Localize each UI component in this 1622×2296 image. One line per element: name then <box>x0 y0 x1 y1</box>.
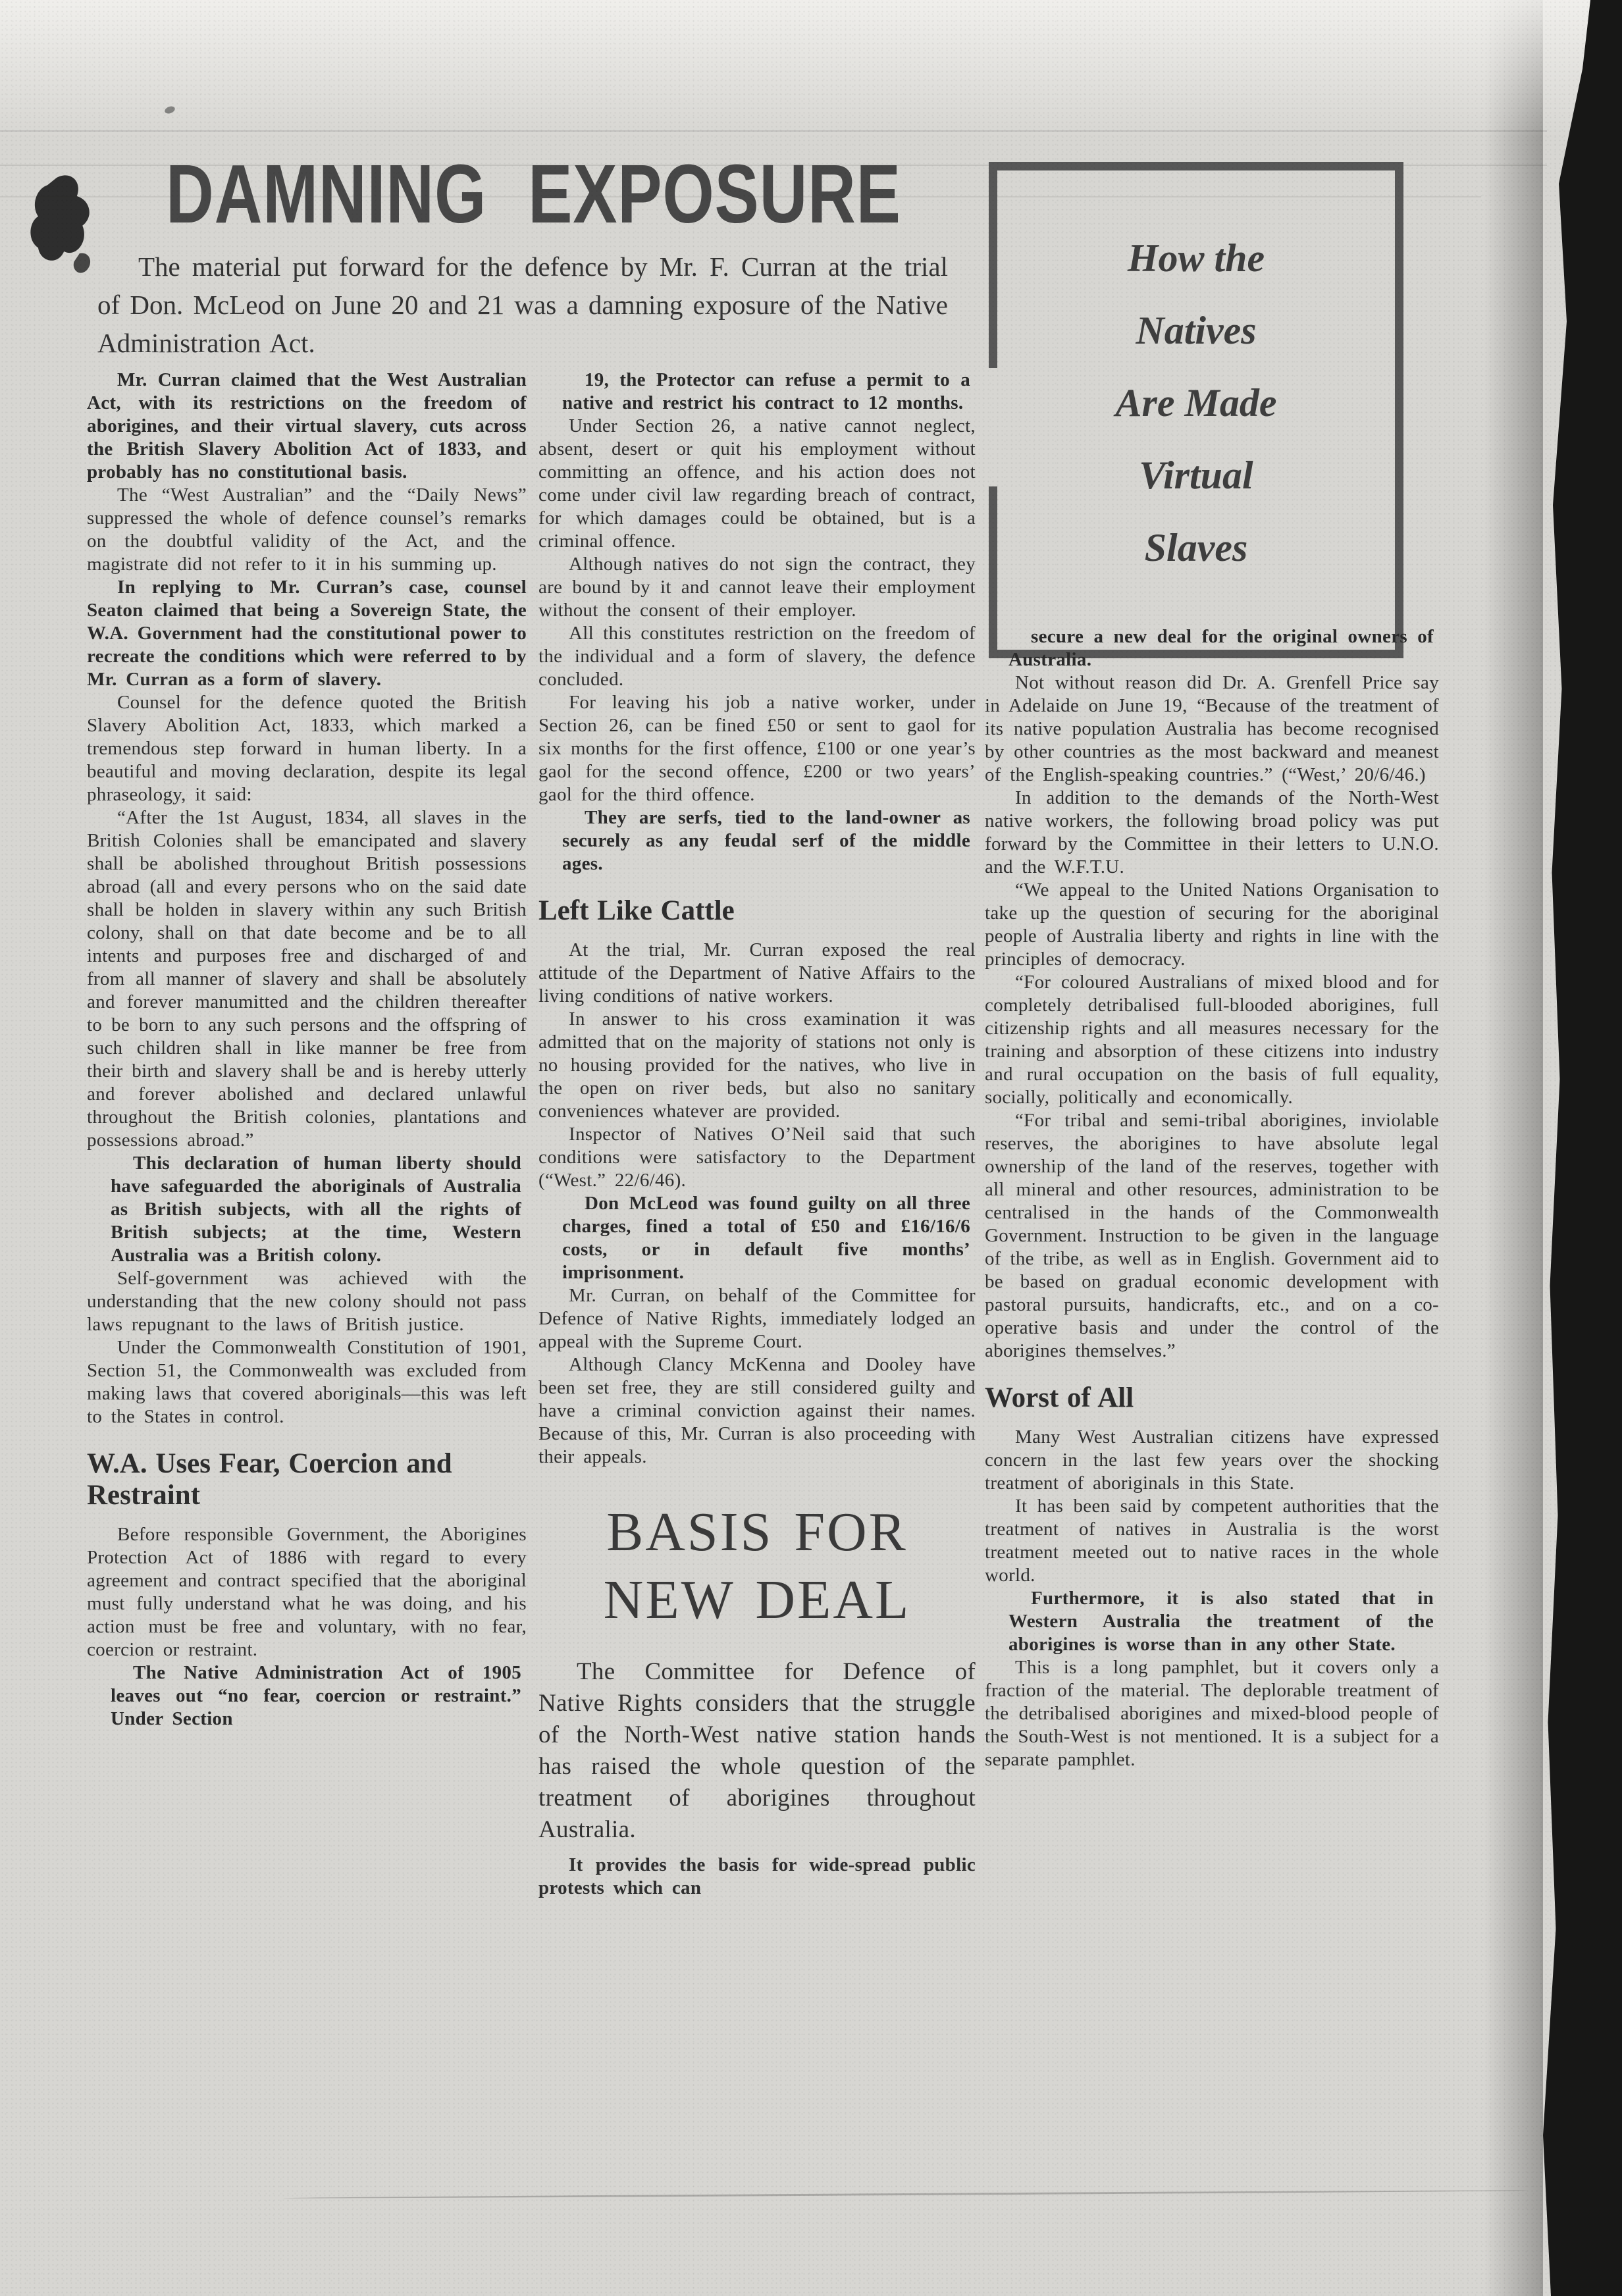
paper-edge-shadow <box>1484 0 1543 2296</box>
paragraph: It has been said by competent authoritie… <box>985 1495 1439 1587</box>
paragraph: In replying to Mr. Curran’s case, counse… <box>87 576 527 691</box>
paragraph: At the trial, Mr. Curran exposed the rea… <box>538 939 976 1008</box>
ink-blot <box>29 169 121 279</box>
paragraph: Inspector of Natives O’Neil said that su… <box>538 1123 976 1192</box>
column-2: 19, the Protector can refuse a permit to… <box>538 369 976 1900</box>
callout-line: Virtual <box>997 439 1395 511</box>
ink-fleck <box>164 105 176 115</box>
column-3: secure a new deal for the original owner… <box>985 625 1439 1771</box>
paragraph: This declaration of human liberty should… <box>111 1152 521 1267</box>
paragraph: Don McLeod was found guilty on all three… <box>562 1192 970 1284</box>
paragraph: It provides the basis for wide-spread pu… <box>538 1854 976 1900</box>
paragraph: secure a new deal for the original owner… <box>1008 625 1434 671</box>
paragraph: “After the 1st August, 1834, all slaves … <box>87 806 527 1152</box>
paragraph: Furthermore, it is also stated that in W… <box>1008 1587 1434 1656</box>
paragraph: “For coloured Australians of mixed blood… <box>985 971 1439 1109</box>
paragraph: The Committee for Defence of Native Righ… <box>538 1656 976 1846</box>
section-heading-basis-for-new-deal: BASIS FOR NEW DEAL <box>538 1499 976 1634</box>
page-title: DAMNING EXPOSURE <box>166 146 901 242</box>
section-heading-left-like-cattle: Left Like Cattle <box>538 895 976 927</box>
scan-crease-line <box>283 2189 1527 2199</box>
broken-border-gap <box>989 368 997 486</box>
paragraph: This is a long pamphlet, but it covers o… <box>985 1656 1439 1771</box>
column-1: Mr. Curran claimed that the West Austral… <box>87 369 527 1731</box>
paragraph: Mr. Curran, on behalf of the Committee f… <box>538 1284 976 1353</box>
paragraph: In answer to his cross examination it wa… <box>538 1008 976 1123</box>
paragraph: Under Section 26, a native cannot neglec… <box>538 415 976 553</box>
paragraph: “We appeal to the United Nations Organis… <box>985 879 1439 971</box>
paragraph: All this constitutes restriction on the … <box>538 622 976 691</box>
pamphlet-page: DAMNING EXPOSURE The material put forwar… <box>0 0 1622 2296</box>
paragraph: Not without reason did Dr. A. Grenfell P… <box>985 671 1439 787</box>
callout-box: How the Natives Are Made Virtual Slaves <box>989 162 1403 658</box>
paragraph: For leaving his job a native worker, und… <box>538 691 976 806</box>
paragraph: Before responsible Government, the Abori… <box>87 1523 527 1661</box>
callout-line: How the <box>997 222 1395 294</box>
scan-crease-line <box>0 130 1547 132</box>
intro-paragraph: The material put forward for the defence… <box>97 248 948 363</box>
callout-line: Natives <box>997 294 1395 367</box>
paragraph: “For tribal and semi-tribal aborigines, … <box>985 1109 1439 1363</box>
paragraph: 19, the Protector can refuse a permit to… <box>562 369 970 415</box>
paragraph: Although Clancy McKenna and Dooley have … <box>538 1353 976 1469</box>
paragraph: Self-government was achieved with the un… <box>87 1267 527 1336</box>
section-heading-wa-uses-fear: W.A. Uses Fear, Coercion and Restraint <box>87 1448 527 1511</box>
paragraph: The Native Administration Act of 1905 le… <box>111 1661 521 1731</box>
paragraph: They are serfs, tied to the land-owner a… <box>562 806 970 875</box>
paragraph: Mr. Curran claimed that the West Austral… <box>87 369 527 484</box>
section-heading-worst-of-all: Worst of All <box>985 1382 1439 1414</box>
paragraph: The “West Australian” and the “Daily New… <box>87 484 527 576</box>
paragraph: Under the Commonwealth Constitution of 1… <box>87 1336 527 1428</box>
paragraph: Although natives do not sign the contrac… <box>538 553 976 622</box>
paragraph: Many West Australian citizens have expre… <box>985 1426 1439 1495</box>
paragraph: Counsel for the defence quoted the Briti… <box>87 691 527 806</box>
paragraph: In addition to the demands of the North-… <box>985 787 1439 879</box>
callout-line: Are Made <box>997 367 1395 439</box>
callout-line: Slaves <box>997 511 1395 584</box>
